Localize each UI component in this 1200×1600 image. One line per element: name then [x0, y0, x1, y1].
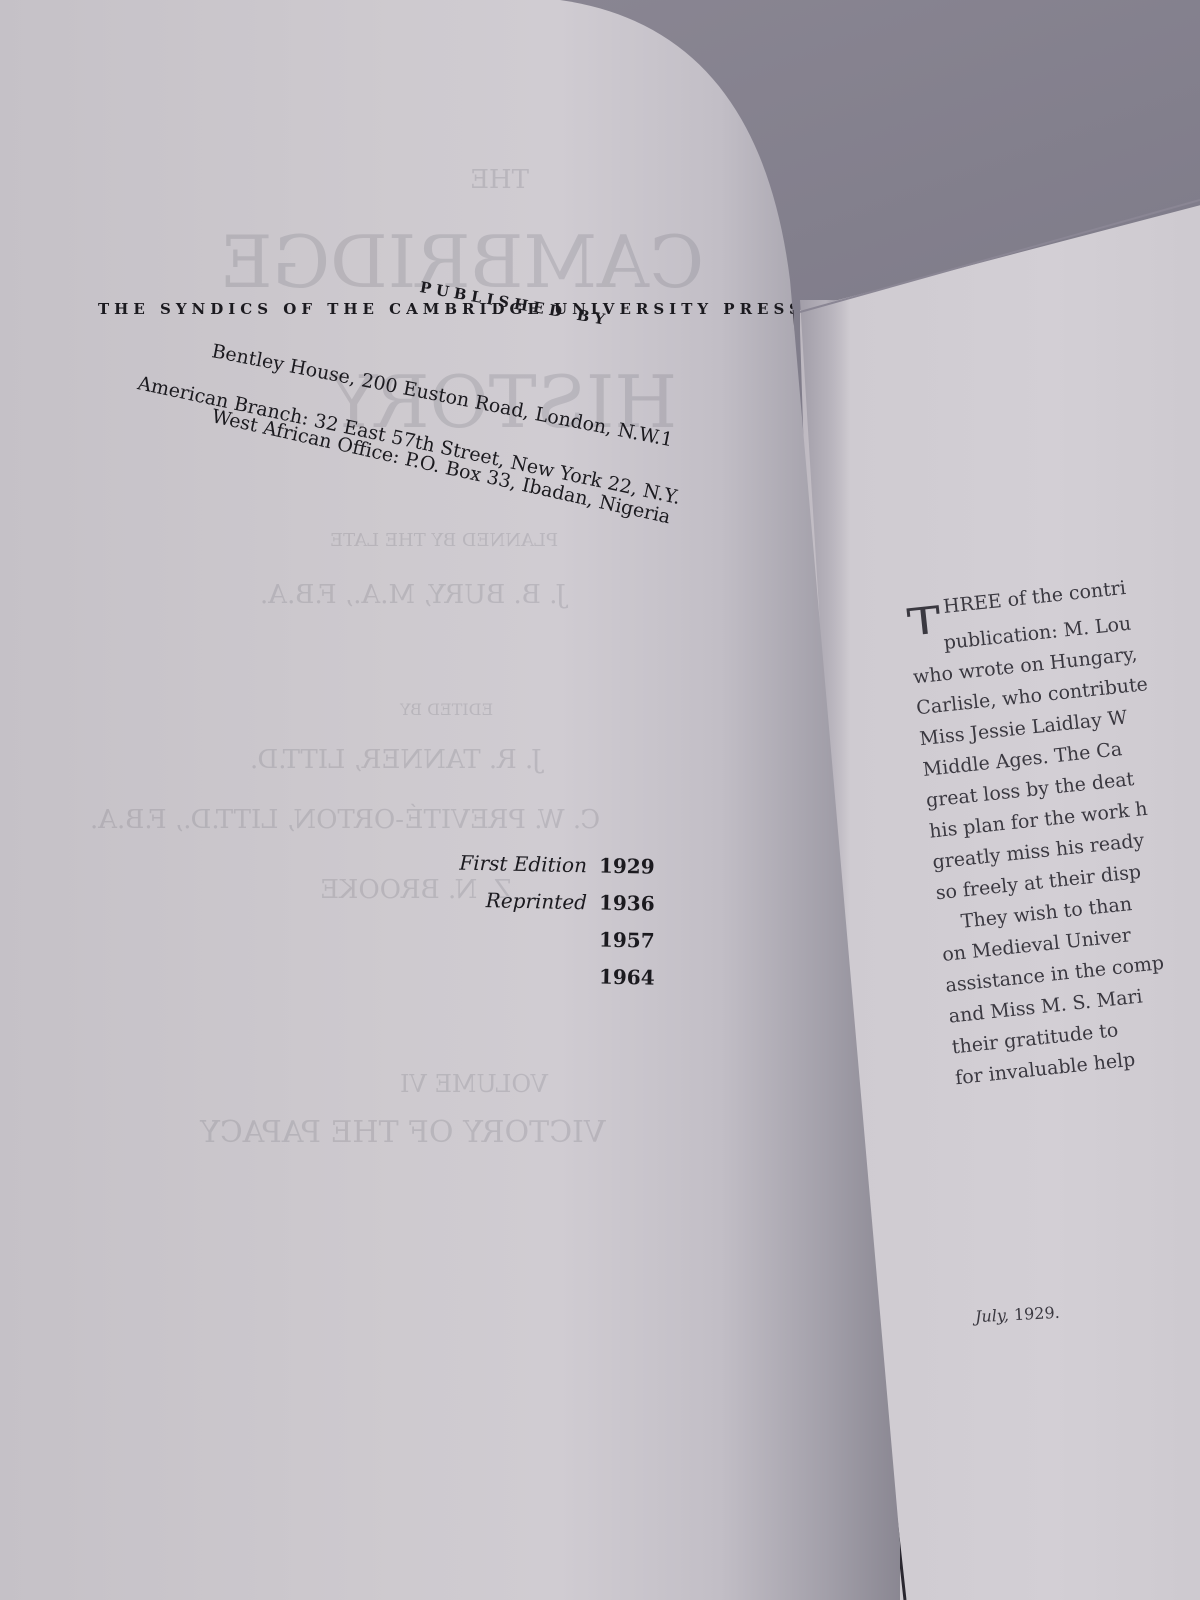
drop-cap: T: [906, 602, 944, 635]
publisher-name: THE SYNDICS OF THE CAMBRIDGE UNIVERSITY …: [98, 300, 805, 318]
edition-year: 1964: [599, 964, 655, 989]
edition-row: 1957: [395, 916, 656, 958]
bleed-through-text: J. R. TANNER, LITT.D.: [250, 745, 542, 775]
edition-row: 1964: [395, 953, 656, 995]
edition-label: Reprinted: [486, 888, 588, 914]
preface-text: T HREE of the contri publication: M. Lou…: [905, 567, 1200, 1099]
edition-year: 1929: [599, 853, 655, 878]
bleed-through-text: EDITED BY: [400, 700, 493, 719]
edition-row: Reprinted 1936: [395, 879, 656, 921]
edition-history: First Edition 1929 Reprinted 1936 1957 1…: [395, 845, 655, 993]
edition-row: First Edition 1929: [395, 842, 656, 884]
edition-label: First Edition: [459, 850, 587, 877]
bleed-through-text: VICTORY OF THE PAPACY: [200, 1115, 606, 1150]
left-page: THE CAMBRIDGE HISTORY PLANNED BY THE LAT…: [0, 0, 900, 1600]
bleed-through-text: VOLUME VI: [400, 1070, 548, 1098]
edition-year: 1936: [599, 890, 655, 915]
bleed-through-text: C. W. PREVITÉ-ORTON, LITT.D., F.B.A.: [90, 805, 600, 835]
edition-year: 1957: [599, 927, 655, 952]
date-year: 1929.: [1013, 1303, 1060, 1324]
date-month: July,: [975, 1305, 1010, 1326]
